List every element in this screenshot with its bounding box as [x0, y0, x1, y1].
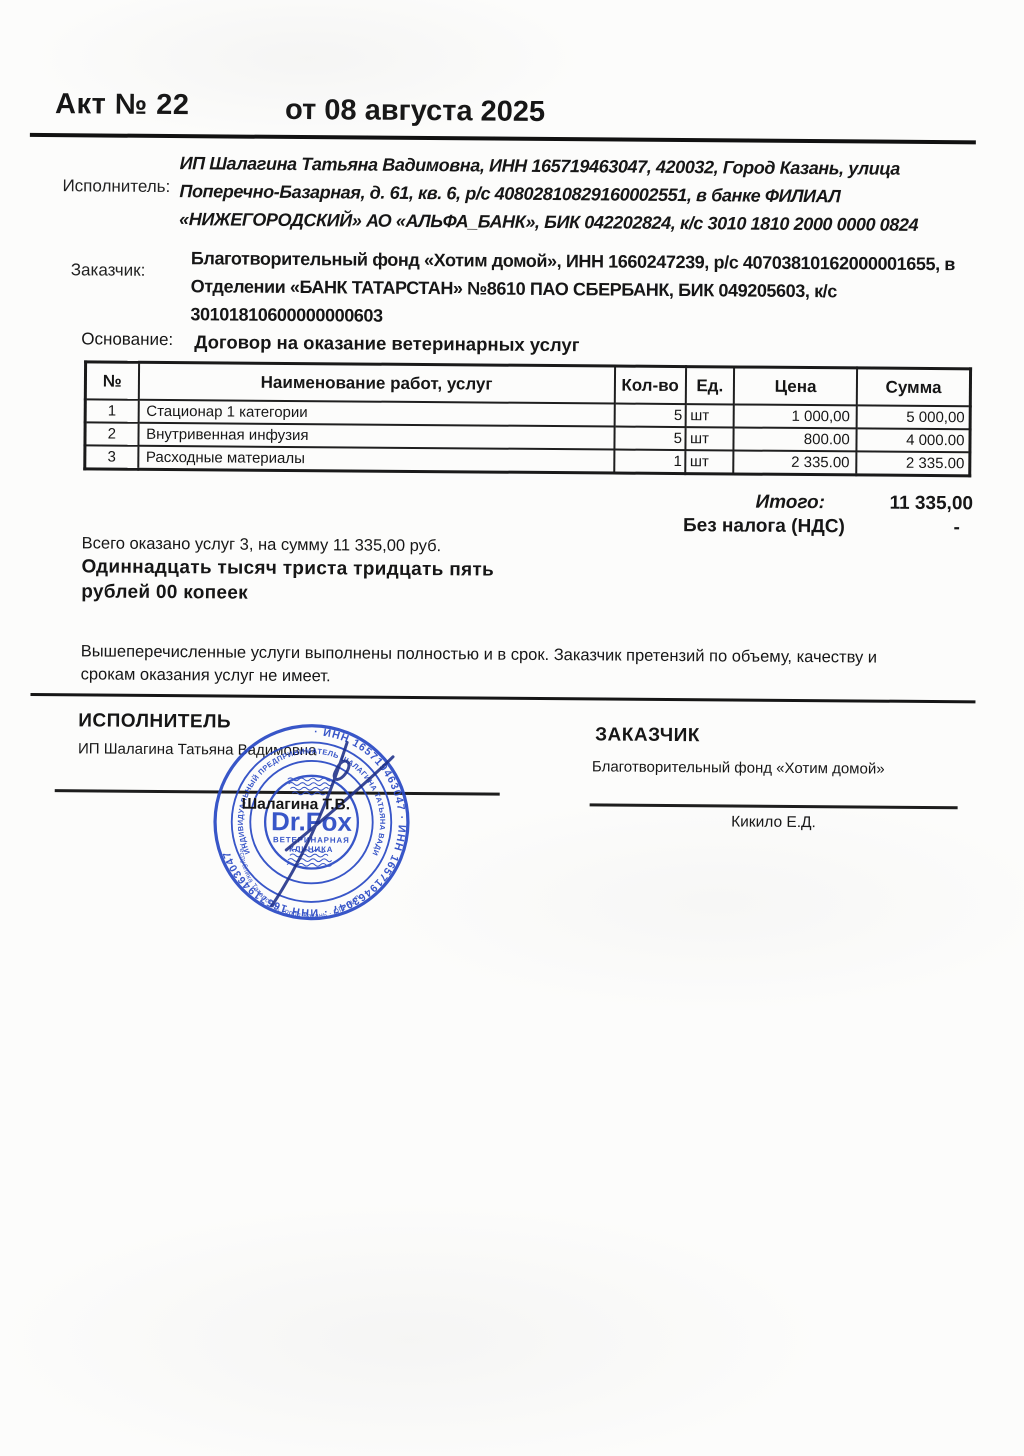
- col-header-unit: Ед.: [685, 367, 734, 405]
- col-header-num: №: [85, 362, 138, 400]
- scanned-act-document: Акт № 22 от 08 августа 2025 Исполнитель:…: [0, 0, 1024, 1456]
- services-count-line: Всего оказано услуг 3, на сумму 11 335,0…: [82, 534, 442, 556]
- row-price: 2 335.00: [733, 450, 856, 474]
- services-table-grid: № Наименование работ, услуг Кол-во Ед. Ц…: [83, 360, 972, 477]
- basis-text: Договор на оказание ветеринарных услуг: [194, 331, 579, 356]
- header-rule: [30, 133, 976, 144]
- customer-signature-line: [590, 803, 958, 808]
- executor-heading: ИСПОЛНИТЕЛЬ: [78, 710, 231, 733]
- row-sum: 4 000.00: [857, 428, 970, 452]
- row-num: 1: [85, 399, 138, 422]
- customer-name: Благотворительный фонд «Хотим домой»: [592, 758, 885, 777]
- act-date: от 08 августа 2025: [285, 94, 545, 129]
- col-header-qty: Кол-во: [615, 366, 686, 404]
- customer-line-3: 30101810600000000603: [190, 300, 954, 334]
- executor-label: Исполнитель:: [62, 176, 170, 197]
- row-unit: шт: [685, 427, 734, 450]
- executor-sign-name: Шалагина Т.В.: [242, 796, 351, 815]
- tax-value: -: [825, 516, 960, 539]
- row-qty: 1: [614, 450, 685, 474]
- row-sum: 2 335.00: [856, 451, 969, 475]
- basis-label: Основание:: [81, 329, 173, 350]
- tax-label: Без налога (НДС): [617, 515, 845, 539]
- customer-sign-name: Кикило Е.Д.: [589, 812, 957, 833]
- amount-in-words-line-2: рублей 00 копеек: [81, 581, 248, 604]
- row-qty: 5: [614, 404, 685, 428]
- completion-statement: Вышеперечисленные услуги выполнены полно…: [81, 640, 878, 692]
- act-title: Акт № 22: [55, 88, 190, 122]
- row-price: 800.00: [734, 427, 857, 451]
- row-unit: шт: [685, 450, 734, 474]
- col-header-name: Наименование работ, услуг: [138, 362, 614, 403]
- total-value: 11 335,00: [825, 492, 973, 515]
- row-qty: 5: [614, 427, 685, 451]
- row-price: 1 000,00: [734, 404, 857, 428]
- executor-signature-strokes: [224, 723, 446, 935]
- customer-details: Благотворительный фонд «Хотим домой», ИН…: [190, 244, 955, 334]
- col-header-price: Цена: [734, 367, 857, 405]
- amount-in-words-line-1: Одиннадцать тысяч триста тридцать пять: [81, 556, 494, 581]
- customer-label: Заказчик:: [71, 260, 146, 281]
- col-header-sum: Сумма: [857, 368, 971, 406]
- row-num: 3: [85, 445, 138, 469]
- row-unit: шт: [685, 404, 734, 427]
- signatures-divider: [30, 693, 975, 703]
- row-sum: 5 000,00: [857, 405, 970, 429]
- executor-line-3: «НИЖЕГОРОДСКИЙ» АО «АЛЬФА_БАНК», БИК 042…: [179, 205, 918, 239]
- row-name: Расходные материалы: [138, 446, 614, 473]
- document-sheet: Акт № 22 от 08 августа 2025 Исполнитель:…: [0, 0, 1024, 1456]
- total-label: Итого:: [637, 491, 825, 514]
- customer-heading: ЗАКАЗЧИК: [595, 724, 700, 747]
- executor-details: ИП Шалагина Татьяна Вадимовна, ИНН 16571…: [179, 149, 919, 239]
- row-num: 2: [85, 422, 138, 445]
- services-table: № Наименование работ, услуг Кол-во Ед. Ц…: [83, 360, 972, 477]
